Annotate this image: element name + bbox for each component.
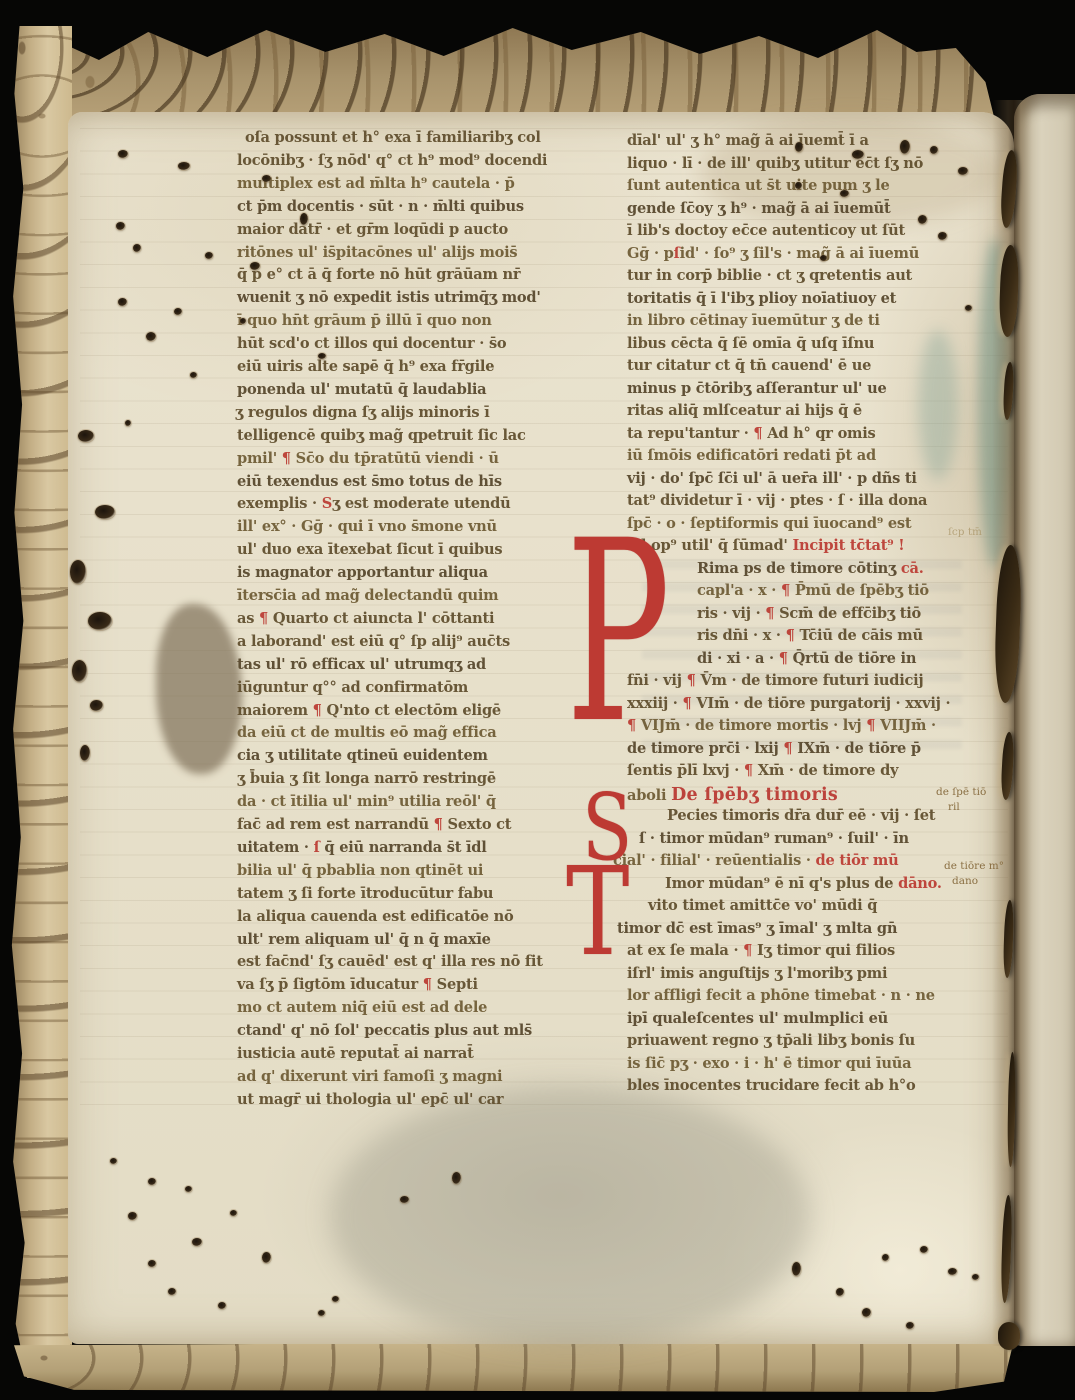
worm-hole: [972, 1274, 979, 1280]
worm-hole: [168, 1288, 176, 1295]
body-text: as: [237, 610, 259, 627]
worm-hole: [795, 142, 803, 152]
worm-hole: [250, 262, 260, 270]
body-text: eiū uiris alte sapē q̄ h⁹ exa fr̄gile: [237, 358, 494, 375]
body-text: tatem ʒ ſi forte ītroducūtur fabu: [237, 885, 493, 902]
book-cover-left-edge: [8, 26, 72, 1378]
body-text: maior datr̄ · et gr̄m loqūdi p aucto: [237, 221, 508, 238]
worm-hole: [80, 745, 90, 761]
body-text: da · ct ītilia ul' min⁹ utilia reōl' q̄: [237, 793, 496, 810]
manuscript-text-line: uitatem · ſ q̄ eiū narranda s̄t īdl: [237, 840, 487, 855]
manuscript-text-line: eiū uiris alte sapē q̄ h⁹ exa fr̄gile: [237, 359, 494, 374]
manuscript-text-line: exemplis · Sʒ est moderate utendū: [237, 496, 510, 511]
body-text: Q̄rtū de tiōre in: [793, 650, 917, 667]
worm-hole: [110, 1158, 117, 1164]
worm-hole: [836, 1288, 844, 1296]
body-text: q̄ p e° ct ā q̄ forte nō hūt grāūam nr̄: [237, 266, 520, 283]
manuscript-text-line: de timore prc̄i · lxij ¶ IXm̄ · de tiōre…: [627, 741, 921, 756]
manuscript-text-line: at ex ſe mala · ¶ Iʒ timor qui filios: [627, 943, 895, 958]
body-text: tat⁹ dividetur ī · vij · ptes · ſ · illa…: [627, 492, 927, 509]
manuscript-text-line: timor dc̄ est īmas⁹ ʒ īmal' ʒ mlta gn̄: [617, 921, 897, 936]
body-text: Iʒ timor qui filios: [757, 942, 895, 959]
manuscript-text-line: ponenda ul' mutatū q̄ laudablia: [237, 382, 486, 397]
manuscript-text-line: ris · vij · ¶ Scm̄ de effc̄ibʒ tiō: [697, 606, 921, 621]
manuscript-text-line: liquo · lī · de ill' quibʒ utitur ec̄t ſ…: [627, 156, 923, 171]
manuscript-text-line: mo ct autem niq̄ eiū est ad dele: [237, 1000, 487, 1015]
body-text: priuawent regno ʒ tp̄ali libʒ bonis ſu: [627, 1032, 915, 1049]
gutter-tear: [998, 1322, 1020, 1350]
manuscript-text-line: tur citatur ct q̄ tn̄ cauend' ē ue: [627, 358, 871, 373]
rubric-text: ¶: [765, 605, 779, 622]
manuscript-text-line: tas ul' rō efficax ul' utrumqʒ ad: [237, 657, 486, 672]
manuscript-text-line: di · xi · a · ¶ Q̄rtū de tiōre in: [697, 651, 916, 666]
worm-hole: [332, 1296, 339, 1302]
binding-fuzz-stain: [156, 604, 242, 774]
body-text: locōnibʒ · ſʒ nōd' q° ct h⁹ mod⁹ docendi: [237, 152, 547, 169]
manuscript-text-line: tat⁹ dividetur ī · vij · ptes · ſ · illa…: [627, 493, 927, 508]
manuscript-text-line: vij · do' ſpc̄ ſc̄i ul' ā uer̄a ill' · p…: [627, 471, 917, 486]
body-text: Pecies timoris dr̄a dur̄ eē · vij · ſet: [667, 807, 935, 824]
manuscript-text-line: eiū texendus est s̄mo totus de hīs: [237, 474, 502, 489]
body-text: ritas aliq̄ mlſceatur ai hijs q̄ ē: [627, 402, 862, 419]
worm-hole: [192, 1238, 202, 1246]
body-text: est fac̄nd' ſʒ cauēd' est q' illa res nō…: [237, 953, 543, 970]
body-text: capl'a · x ·: [697, 582, 781, 599]
manuscript-text-line: hūt scd'o ct illos qui docentur · s̄o: [237, 336, 506, 351]
worm-hole: [128, 1212, 137, 1220]
rubric-text: ¶: [753, 425, 767, 442]
worm-hole: [190, 372, 197, 378]
body-text: ponenda ul' mutatū q̄ laudablia: [237, 381, 486, 398]
body-text: cial' · filial' · reūentialis ·: [613, 852, 816, 869]
worm-hole: [146, 332, 156, 341]
worm-hole: [90, 700, 103, 711]
worm-hole: [185, 1186, 192, 1192]
worm-hole: [95, 505, 115, 519]
body-text: ta repu'tantur ·: [627, 425, 753, 442]
body-text: Imor mūdan⁹ ē nī q's plus de: [665, 875, 898, 892]
body-text: ipī qualeſcentes ul' mulmplici eū: [627, 1010, 888, 1027]
body-text: iſrl' imis anguſtijs ʒ l'moribʒ pmi: [627, 965, 887, 982]
body-text: lor affligi fecit a phōne timebat · n · …: [627, 987, 935, 1004]
rubric-text: ¶: [744, 762, 758, 779]
manuscript-text-line: la aliqua cauenda est edificatōe nō: [237, 909, 514, 924]
body-text: liquo · lī · de ill' quibʒ utitur ec̄t ſ…: [627, 155, 923, 172]
worm-hole: [918, 215, 927, 224]
worm-hole: [452, 1172, 461, 1184]
body-text: vij · do' ſpc̄ ſc̄i ul' ā uer̄a ill' · p…: [627, 470, 917, 487]
manuscript-text-line: ritas aliq̄ mlſceatur ai hijs q̄ ē: [627, 403, 862, 418]
manuscript-text-line: multiplex est ad m̄lta h⁹ cautela · p̄: [237, 176, 515, 191]
worm-hole: [862, 1308, 871, 1317]
body-text: da eiū ct de multis eō mag̃ effica: [237, 724, 496, 741]
rubric-text: ¶: [687, 672, 701, 689]
body-text: Tc̄iū de cāis mū: [799, 627, 922, 644]
worm-hole: [218, 1302, 226, 1309]
margin-note: de ſpē tiō: [936, 786, 986, 799]
body-text: telligencē quibʒ mag̃ qpetruit ſic lac: [237, 427, 526, 444]
margin-note: de tiōre m°: [944, 860, 1004, 873]
body-text: iū ſmōis edificatōri redati p̄t ad: [627, 447, 876, 464]
rubric-text: ¶: [779, 650, 793, 667]
rubric-text: De ſpēbʒ timoris: [671, 785, 838, 805]
worm-hole: [240, 318, 246, 324]
body-text: minus p c̄tōribʒ aſſerantur ul' ue: [627, 380, 886, 397]
body-text: di · xi · a ·: [697, 650, 779, 667]
worm-hole: [88, 612, 112, 630]
body-text: multiplex est ad m̄lta h⁹ cautela · p̄: [237, 175, 515, 192]
worm-hole: [400, 1196, 409, 1203]
worm-hole: [78, 430, 94, 442]
initial-p: P: [566, 508, 670, 758]
manuscript-text-line: maior datr̄ · et gr̄m loqūdi p aucto: [237, 222, 508, 237]
manuscript-text-line: is ſic̄ pʒ · exo · i · h' ē timor qui īu…: [627, 1056, 911, 1071]
manuscript-text-line: iſrl' imis anguſtijs ʒ l'moribʒ pmi: [627, 966, 887, 981]
body-text: ītersc̄ia ad mag̃ delectandū quim: [237, 587, 498, 604]
manuscript-text-line: cial' · filial' · reūentialis · de tiōr …: [613, 853, 898, 868]
rubric-text: ¶: [786, 627, 800, 644]
body-text: a laborand' est eiū q° ſp alij⁹ auc̄ts: [237, 633, 510, 650]
manuscript-text-line: in libro cētinay īuemūtur ʒ de ti: [627, 313, 880, 328]
body-text: is ſic̄ pʒ · exo · i · h' ē timor qui īu…: [627, 1055, 911, 1072]
rubric-text: ¶: [259, 610, 273, 627]
worm-hole: [906, 1322, 914, 1329]
worm-hole: [795, 182, 802, 189]
body-text: Xm̄ · de timore dy: [758, 762, 899, 779]
manuscript-text-line: libus cēcta q̄ ſē omīa q̄ uſq īſnu: [627, 336, 874, 351]
manuscript-text-line: est fac̄nd' ſʒ cauēd' est q' illa res nō…: [237, 954, 543, 969]
rubric-text: ¶: [682, 695, 696, 712]
manuscript-text-line: ritōnes ul' is̄pitacōnes ul' alijs mois̄: [237, 245, 517, 260]
rubric-text: ¶: [866, 717, 880, 734]
rubric-text: cā.: [901, 560, 924, 577]
manuscript-text-line: capl'a · x · ¶ P̄mū de ſpēbʒ tiō: [697, 583, 929, 598]
rubric-text: ¶: [434, 816, 448, 833]
rubric-text: ¶: [743, 942, 757, 959]
body-text: oſa possunt et h° exa ī familiaribʒ col: [245, 129, 541, 146]
worm-hole: [840, 190, 849, 197]
body-text: ris · vij ·: [697, 605, 765, 622]
manuscript-text-line: fn̄i · vij ¶ V̄m · de timore futuri iudi…: [627, 673, 923, 688]
body-text: tur in corp̄ biblie · ct ʒ qretentis aut: [627, 267, 912, 284]
rubric-text: dāno.: [898, 875, 942, 892]
body-text: libus cēcta q̄ ſē omīa q̄ uſq īſnu: [627, 335, 874, 352]
worm-hole: [948, 1268, 957, 1275]
body-text: Rima ps de timore cōtinʒ: [697, 560, 901, 577]
worm-hole: [300, 213, 308, 225]
body-text: pmil': [237, 450, 282, 467]
worm-hole: [230, 1210, 237, 1216]
body-text: ʒ est moderate utendū: [332, 495, 510, 512]
body-text: iusticia autē reputat̄ ai narrat̄: [237, 1045, 474, 1062]
manuscript-text-line: is magnator apportantur aliqua: [237, 565, 488, 580]
manuscript-text-line: ſunt autentica ut s̄t uite pum ʒ le: [627, 178, 890, 193]
body-text: ſunt autentica ut s̄t uite pum ʒ le: [627, 177, 890, 194]
rubric-text: de tiōr mū: [816, 852, 899, 869]
body-text: ritōnes ul' is̄pitacōnes ul' alijs mois̄: [237, 244, 517, 261]
body-text: ill' ex° · Gḡ · qui ī vno s̄mone vnū: [237, 518, 497, 535]
manuscript-text-line: minus p c̄tōribʒ aſſerantur ul' ue: [627, 381, 886, 396]
body-text: iūguntur q°° ad confirmatōm: [237, 679, 468, 696]
body-text: bilia ul' q̄ pbablia non qtinēt ui: [237, 862, 483, 879]
worm-hole: [920, 1246, 928, 1253]
manuscript-text-line: iūguntur q°° ad confirmatōm: [237, 680, 468, 695]
rubric-text: ¶: [781, 582, 795, 599]
body-text: in libro cētinay īuemūtur ʒ de ti: [627, 312, 880, 329]
worm-hole: [148, 1260, 156, 1267]
body-text: tur citatur ct q̄ tn̄ cauend' ē ue: [627, 357, 871, 374]
manuscript-text-line: ill' ex° · Gḡ · qui ī vno s̄mone vnū: [237, 519, 497, 534]
body-text: ʒ b̄uia ʒ ſit longa narrō restringē: [237, 770, 496, 787]
manuscript-text-line: tatem ʒ ſi forte ītroducūtur fabu: [237, 886, 493, 901]
manuscript-text-line: toritatis q̄ ī l'ibʒ plioy noīatiuoy et: [627, 291, 896, 306]
manuscript-text-line: ī lib's doctoy ec̄ce autenticoy ut ſūt: [627, 223, 905, 238]
body-text: ct p̄m docentis · sūt · n · m̄lti quibus: [237, 198, 524, 215]
worm-hole: [965, 305, 972, 311]
body-text: maiorem: [237, 702, 313, 719]
body-text: ult' rem aliquam ul' q̄ n q̄ maxīe: [237, 931, 491, 948]
worm-hole: [792, 1262, 801, 1276]
body-text: timor dc̄ est īmas⁹ ʒ īmal' ʒ mlta gn̄: [617, 920, 897, 937]
body-text: Ad h° qr omis: [767, 425, 875, 442]
manuscript-text-line: ris dn̄i · x · ¶ Tc̄iū de cāis mū: [697, 628, 923, 643]
margin-note: ril: [948, 801, 960, 814]
body-text: ī quo hn̄t grāum p̄ illū ī quo non: [237, 312, 492, 329]
rubric-text: S: [322, 495, 332, 512]
body-text: uitatem ·: [237, 839, 314, 856]
manuscript-text-line: telligencē quibʒ mag̃ qpetruit ſic lac: [237, 428, 526, 443]
worm-hole: [133, 244, 141, 252]
worm-hole: [116, 222, 125, 230]
manuscript-text-line: ad q' dixerunt viri famoſi ʒ magni: [237, 1069, 502, 1084]
manuscript-text-line: aboli De ſpēbʒ timoris: [627, 786, 838, 804]
body-text: P̄mū de ſpēbʒ tiō: [795, 582, 929, 599]
manuscript-text-line: lor affligi fecit a phōne timebat · n · …: [627, 988, 935, 1003]
manuscript-text-line: ʒ b̄uia ʒ ſit longa narrō restringē: [237, 771, 496, 786]
body-text: gende ſc̄oy ʒ h⁹ · mag̃ ā ai īuemūt̄: [627, 200, 891, 217]
manuscript-text-line: xxxiij · ¶ VIm̄ · de tiōre purgatorij · …: [627, 696, 950, 711]
manuscript-text-line: ult' rem aliquam ul' q̄ n q̄ maxīe: [237, 932, 491, 947]
manuscript-text-line: gende ſc̄oy ʒ h⁹ · mag̃ ā ai īuemūt̄: [627, 201, 891, 216]
worm-hole: [900, 140, 910, 154]
body-text: ctand' q' nō ſol' peccatis plus aut mls̄: [237, 1022, 532, 1039]
manuscript-text-line: priuawent regno ʒ tp̄ali libʒ bonis ſu: [627, 1033, 915, 1048]
rubric-text: ¶: [313, 702, 327, 719]
worm-hole: [118, 150, 128, 158]
body-text: Sc̄o du tp̄ratūtū viendi · ū: [296, 450, 499, 467]
manuscript-text-line: ctand' q' nō ſol' peccatis plus aut mls̄: [237, 1023, 532, 1038]
body-text: wuenit ʒ nō expedit istis utrimq̄ʒ mod': [237, 289, 541, 306]
worm-hole: [852, 150, 864, 159]
body-text: V̄m · de timore futuri iudicij: [700, 672, 923, 689]
manuscript-text-line: ipī qualeſcentes ul' mulmplici eū: [627, 1011, 888, 1026]
worm-hole: [820, 255, 827, 261]
body-text: bles īnocentes trucidare fecit ab h°o: [627, 1077, 915, 1094]
manuscript-text-line: va ſʒ p̄ ſigtōm īducatur ¶ Septi: [237, 977, 478, 992]
rubric-text: ¶: [423, 976, 437, 993]
body-text: ad q' dixerunt viri famoſi ʒ magni: [237, 1068, 502, 1085]
body-text: ʒ regulos digna ſʒ alijs minoris ī: [235, 404, 490, 421]
book-cover-bottom-edge: [14, 1340, 1014, 1392]
body-text: mo ct autem niq̄ eiū est ad dele: [237, 999, 487, 1016]
body-text: Q'nto ct electōm eligē: [327, 702, 501, 719]
worm-hole: [178, 162, 190, 170]
rubric-text: ſ: [314, 839, 325, 856]
manuscript-text-line: a laborand' est eiū q° ſp alij⁹ auc̄ts: [237, 634, 510, 649]
body-text: ut magr̄ ui thologia ul' epc̄ ul' car: [237, 1091, 503, 1108]
manuscript-text-line: Pecies timoris dr̄a dur̄ eē · vij · ſet: [667, 808, 935, 823]
manuscript-text-line: ſ · timor mūdan⁹ ruman⁹ · ſuil' · īn: [639, 831, 909, 846]
manuscript-text-line: q̄ p e° ct ā q̄ forte nō hūt grāūam nr̄: [237, 267, 520, 282]
body-text: la aliqua cauenda est edificatōe nō: [237, 908, 514, 925]
body-text: hūt scd'o ct illos qui docentur · s̄o: [237, 335, 506, 352]
manuscript-text-line: pmil' ¶ Sc̄o du tp̄ratūtū viendi · ū: [237, 451, 499, 466]
worm-hole: [262, 1252, 271, 1263]
body-text: ris dn̄i · x ·: [697, 627, 786, 644]
worm-hole: [148, 1178, 156, 1185]
manuscript-text-line: ītersc̄ia ad mag̃ delectandū quim: [237, 588, 498, 603]
body-text: q̄ eiū narranda s̄t īdl: [324, 839, 486, 856]
manuscript-text-line: da · ct ītilia ul' min⁹ utilia reōl' q̄: [237, 794, 496, 809]
body-text: VIJm̄ · de timore mortis · lvj: [641, 717, 866, 734]
margin-note: ſcp tm̄: [948, 526, 982, 539]
manuscript-text-line: ī quo hn̄t grāum p̄ illū ī quo non: [237, 313, 492, 328]
manuscript-text-line: ʒ regulos digna ſʒ alijs minoris ī: [235, 405, 490, 420]
manuscript-scan: oſa possunt et h° exa ī familiaribʒ coll…: [0, 0, 1075, 1400]
body-text: Gḡ · p: [627, 245, 674, 262]
rubric-text: Incipit tc̄tat⁹ !: [792, 537, 904, 554]
manuscript-text-line: ut magr̄ ui thologia ul' epc̄ ul' car: [237, 1092, 503, 1107]
manuscript-text-line: iū ſmōis edificatōri redati p̄t ad: [627, 448, 876, 463]
body-text: tas ul' rō efficax ul' utrumqʒ ad: [237, 656, 486, 673]
manuscript-text-line: ta repu'tantur · ¶ Ad h° qr omis: [627, 426, 876, 441]
manuscript-text-line: Imor mūdan⁹ ē nī q's plus de dāno.: [665, 876, 942, 891]
manuscript-text-line: wuenit ʒ nō expedit istis utrimq̄ʒ mod': [237, 290, 541, 305]
worm-hole: [938, 232, 947, 240]
body-text: vito timet amittc̄e vo' mūdi q̄: [648, 897, 877, 914]
body-text: Septi: [437, 976, 478, 993]
worm-hole: [174, 308, 182, 315]
body-text: fac̄ ad rem est narrandū: [237, 816, 434, 833]
manuscript-text-line: dīal' ul' ʒ h° mag̃ ā ai īuemt̄ ī a: [627, 133, 869, 148]
manuscript-text-line: iusticia autē reputat̄ ai narrat̄: [237, 1046, 474, 1061]
manuscript-text-line: da eiū ct de multis eō mag̃ effica: [237, 725, 496, 740]
worm-hole: [318, 353, 326, 359]
initial-t: T: [566, 851, 629, 973]
body-text: ſ · timor mūdan⁹ ruman⁹ · ſuil' · īn: [639, 830, 909, 847]
body-text: Quarto ct aiuncta l' cōttanti: [273, 610, 494, 627]
body-text: Scm̄ de effc̄ibʒ tiō: [779, 605, 921, 622]
worm-hole: [882, 1254, 889, 1261]
manuscript-text-line: ¶ VIJm̄ · de timore mortis · lvj ¶ VIIJm…: [627, 718, 936, 733]
worm-hole: [958, 167, 968, 175]
body-text: VIIJm̄ ·: [880, 717, 936, 734]
body-text: eiū texendus est s̄mo totus de hīs: [237, 473, 502, 490]
book-cover-top-edge: [30, 22, 1015, 122]
body-text: ī lib's doctoy ec̄ce autenticoy ut ſūt: [627, 222, 905, 239]
worm-hole: [930, 146, 938, 154]
body-text: ul' duo exa ītexebat ſicut ī quibus: [237, 541, 502, 558]
body-text: dīal' ul' ʒ h° mag̃ ā ai īuemt̄ ī a: [627, 132, 869, 149]
body-text: aboli: [627, 787, 671, 804]
rubric-text: ¶: [783, 740, 797, 757]
manuscript-text-line: bilia ul' q̄ pbablia non qtinēt ui: [237, 863, 483, 878]
worm-hole: [318, 1310, 325, 1316]
worm-hole: [70, 560, 86, 584]
body-text: IXm̄ · de tiōre p̄: [797, 740, 921, 757]
manuscript-text-line: locōnibʒ · ſʒ nōd' q° ct h⁹ mod⁹ docendi: [237, 153, 547, 168]
manuscript-text-line: Rima ps de timore cōtinʒ cā.: [697, 561, 924, 576]
body-text: is magnator apportantur aliqua: [237, 564, 488, 581]
margin-note: dano: [952, 875, 978, 888]
rubric-text: ¶: [282, 450, 296, 467]
manuscript-text-line: tur in corp̄ biblie · ct ʒ qretentis aut: [627, 268, 912, 283]
body-text: Sexto ct: [448, 816, 512, 833]
manuscript-text-line: ul' duo exa ītexebat ſicut ī quibus: [237, 542, 502, 557]
manuscript-text-line: oſa possunt et h° exa ī familiaribʒ col: [245, 130, 541, 145]
manuscript-text-line: maiorem ¶ Q'nto ct electōm eligē: [237, 703, 501, 718]
worm-hole: [262, 175, 271, 182]
manuscript-text-line: Gḡ · pſid' · ſo⁹ ʒ ſil's · mag̃ ā ai īue…: [627, 246, 919, 261]
body-text: at ex ſe mala ·: [627, 942, 743, 959]
manuscript-text-line: as ¶ Quarto ct aiuncta l' cōttanti: [237, 611, 494, 626]
worm-hole: [118, 298, 127, 306]
manuscript-text-line: vito timet amittc̄e vo' mūdi q̄: [648, 898, 877, 913]
manuscript-text-line: ct p̄m docentis · sūt · n · m̄lti quibus: [237, 199, 524, 214]
body-text: VIm̄ · de tiōre purgatorij · xxvij ·: [696, 695, 950, 712]
body-text: toritatis q̄ ī l'ibʒ plioy noīatiuoy et: [627, 290, 896, 307]
worm-hole: [205, 252, 213, 259]
manuscript-text-line: cia ʒ utilitate qtineū euidentem: [237, 748, 488, 763]
worm-hole: [125, 420, 131, 426]
body-text: va ſʒ p̄ ſigtōm īducatur: [237, 976, 423, 993]
worm-hole: [72, 660, 87, 682]
manuscript-text-line: bles īnocentes trucidare fecit ab h°o: [627, 1078, 915, 1093]
body-text: id' · ſo⁹ ʒ ſil's · mag̃ ā ai īuemū: [680, 245, 919, 262]
manuscript-text-line: fac̄ ad rem est narrandū ¶ Sexto ct: [237, 817, 511, 832]
body-text: cia ʒ utilitate qtineū euidentem: [237, 747, 488, 764]
body-text: exemplis ·: [237, 495, 322, 512]
